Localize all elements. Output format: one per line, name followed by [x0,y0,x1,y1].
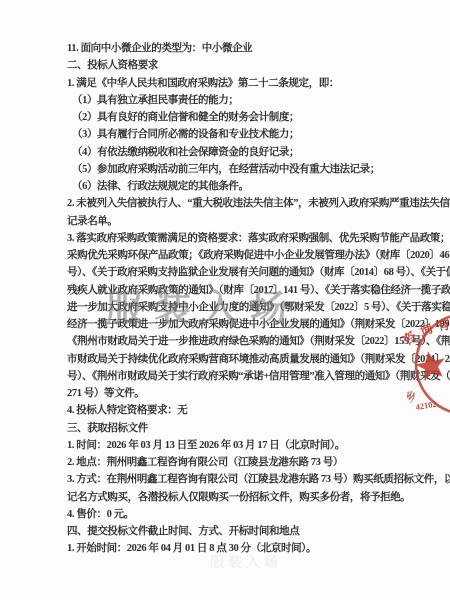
text-line: 3. 落实政府采购政策需满足的资格要求：落实政府采购强制、优先采购节能产品政策；… [67,230,423,247]
text-line: 三、获取招标文件 [67,420,423,437]
text-line: （1）具有独立承担民事责任的能力； [67,92,423,109]
official-seal: 咨 询 有 乡 42102 [398,306,450,422]
text-line: 2. 未被列入失信被执行人、“重大税收违法失信主体”，未被列入政府采购严重违法失… [67,195,423,212]
text-line: （6）法律、行政法规规定的其他条件。 [67,178,423,195]
seal-arc-char: 询 [417,320,435,339]
text-line: 3. 方式：在荆州明鑫工程咨询有限公司（江陵县龙港东路 73 号）购买纸质招标文… [67,471,423,488]
document-page: 11. 面向中小微企业的类型为：中小微企业二、投标人资格要求1. 满足《中华人民… [0,0,450,600]
text-line: 号）、《荆州市财政局关于实行政府采购“承诺+信用管理”准入管理的通知》（荆财采发… [67,368,423,385]
text-line: 4. 投标人特定资格要求：无 [67,402,423,419]
seal-arc-char: 有 [436,317,450,334]
text-line: 1. 满足《中华人民共和国政府采购法》第二十二条规定，即： [67,75,423,92]
text-line: 四、提交投标文件截止时间、方式、开标时间和地点 [67,523,423,540]
text-line: 11. 面向中小微企业的类型为：中小微企业 [67,40,423,57]
text-line: 记录名单。 [67,213,423,230]
text-line: 号）、《关于政府采购支持监狱企业发展有关问题的通知》（财库〔2014〕68 号）… [67,264,423,281]
seal-graphic: 咨 询 有 乡 42102 [398,306,450,422]
text-line: （3）具有履行合同所必需的设备和专业技术能力； [67,126,423,143]
text-line: 进一步加大政府采购支持中小企业力度的通知》（鄂财采发〔2022〕5 号）、《关于… [67,299,423,316]
text-line: 记名方式购买，各潜投标人仅限购买一份招标文件，购买多份者，将予拒绝。 [67,489,423,506]
text-line: 二、投标人资格要求 [67,57,423,74]
seal-number: 42102 [415,399,438,412]
text-line: 271 号）等文件。 [67,385,423,402]
text-line: 1. 开始时间：2026 年 04 月 01 日 8 点 30 分（北京时间）。 [67,540,423,557]
text-line: 4. 售价：0 元。 [67,506,423,523]
text-line: 1. 时间：2026 年 03 月 13 日至 2026 年 03 月 17 日… [67,437,423,454]
text-line: 《荆州市财政局关于进一步推进政府绿色采购的通知》（荆财采发〔2022〕159 号… [67,333,423,350]
text-line: （5）参加政府采购活动前三年内，在经营活动中没有重大违法记录； [67,161,423,178]
text-line: （4）有依法缴纳税收和社会保障资金的良好记录； [67,144,423,161]
seal-arc-char: 咨 [400,328,419,348]
text-line: 采购优先采购环保产品政策；《政府采购促进中小企业发展管理办法》（财库〔2020〕… [67,247,423,264]
text-line: 残疾人就业政府采购政策的通知》（财库〔2017〕141 号）、《关于落实稳住经济… [67,282,423,299]
text-line: （2）具有良好的商业信誉和健全的财务会计制度； [67,109,423,126]
text-line: 2. 地点：荆州明鑫工程咨询有限公司（江陵县龙港东路 73 号） [67,454,423,471]
document-text: 11. 面向中小微企业的类型为：中小微企业二、投标人资格要求1. 满足《中华人民… [67,40,423,558]
text-line: 市财政局关于持续优化政府采购营商环境推动高质量发展的通知》（荆财采发〔2024〕… [67,351,423,368]
text-line: 经济一揽子政策进一步加大政府采购促进中小企业发展的通知》（荆财采发〔2022〕1… [67,316,423,333]
